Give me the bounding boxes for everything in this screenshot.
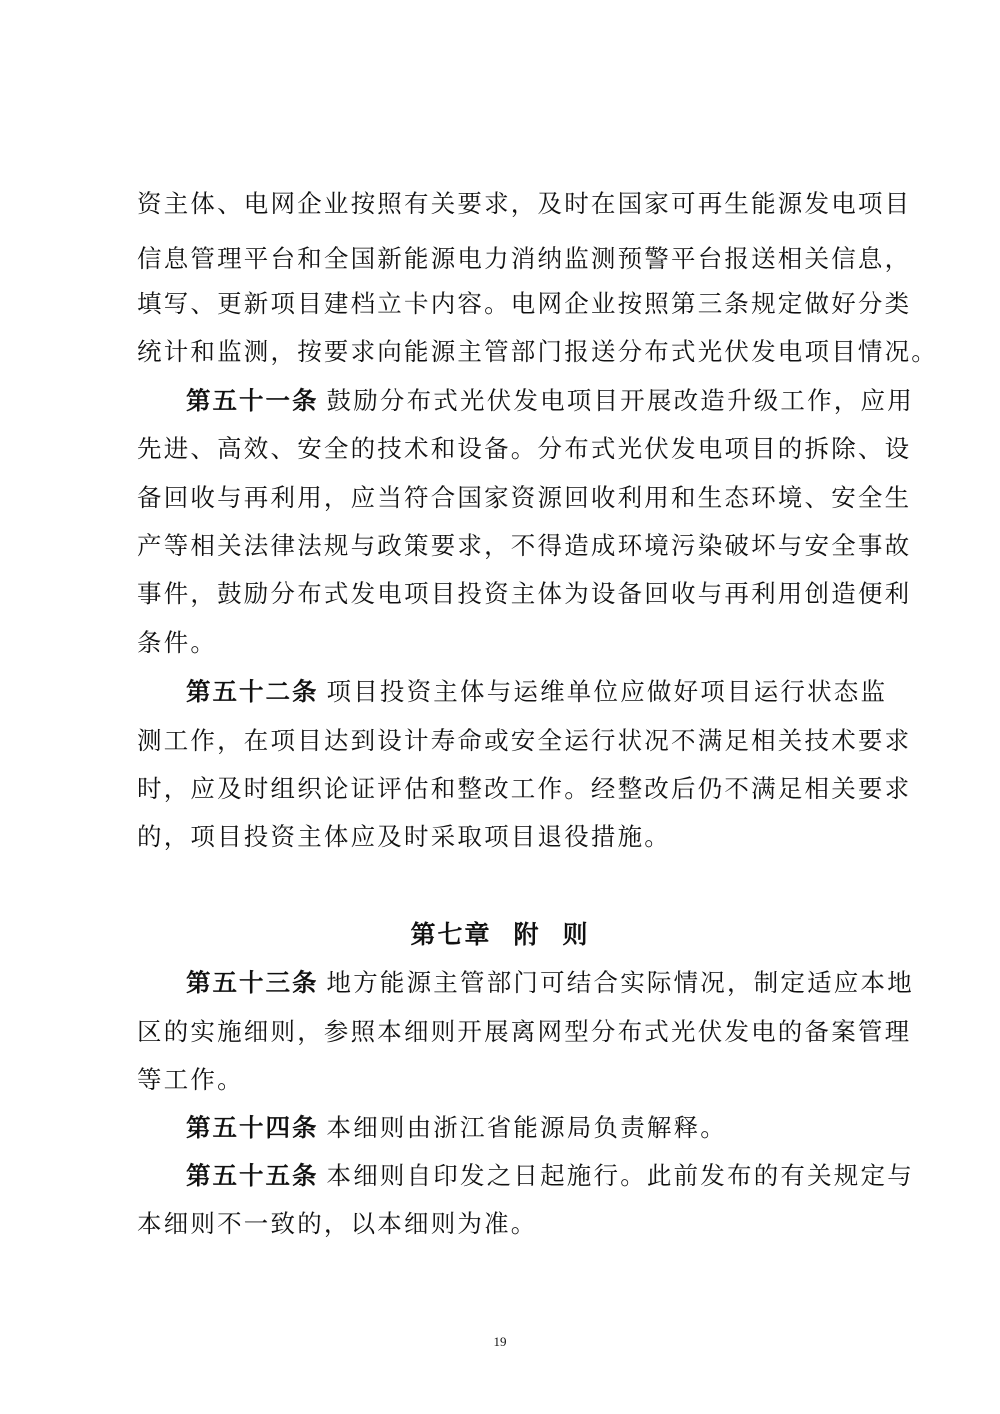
text-line: 本细则不一致的，以本细则为准。 [137,1209,877,1239]
chapter-number: 第七章 [410,920,491,949]
chapter-title-char: 则 [563,920,590,949]
page-number: 19 [0,1334,1000,1350]
text-line: 的，项目投资主体应及时采取项目退役措施。 [137,822,877,852]
text-line: 条件。 [137,628,877,658]
article-51-first-line: 第五十一条鼓励分布式光伏发电项目开展改造升级工作，应用 [186,386,877,416]
article-54-line: 第五十四条本细则由浙江省能源局负责解释。 [186,1113,877,1143]
text-line: 区的实施细则，参照本细则开展离网型分布式光伏发电的备案管理 [137,1017,877,1047]
text-line: 先进、高效、安全的技术和设备。分布式光伏发电项目的拆除、设 [137,434,877,464]
text-line: 统计和监测，按要求向能源主管部门报送分布式光伏发电项目情况。 [137,337,877,367]
text-line: 事件，鼓励分布式发电项目投资主体为设备回收与再利用创造便利 [137,579,877,609]
text-line: 本细则由浙江省能源局负责解释。 [327,1113,728,1142]
article-55-heading: 第五十五条 [186,1161,319,1190]
text-line: 项目投资主体与运维单位应做好项目运行状态监 [327,677,888,706]
text-line: 备回收与再利用，应当符合国家资源回收利用和生态环境、安全生 [137,483,877,513]
text-line: 本细则自印发之日起施行。此前发布的有关规定与 [327,1161,914,1190]
text-line: 产等相关法律法规与政策要求，不得造成环境污染破坏与安全事故 [137,531,877,561]
text-line: 时，应及时组织论证评估和整改工作。经整改后仍不满足相关要求 [137,774,877,804]
text-line: 鼓励分布式光伏发电项目开展改造升级工作，应用 [327,386,914,415]
chapter-title-char: 附 [513,920,540,949]
article-53-heading: 第五十三条 [186,968,319,997]
text-line: 填写、更新项目建档立卡内容。电网企业按照第三条规定做好分类 [137,289,877,319]
article-55-first-line: 第五十五条本细则自印发之日起施行。此前发布的有关规定与 [186,1161,877,1191]
chapter-heading: 第七章附则 [0,920,1000,950]
document-page: 资主体、电网企业按照有关要求，及时在国家可再生能源发电项目 信息管理平台和全国新… [0,0,1000,1414]
article-53-first-line: 第五十三条地方能源主管部门可结合实际情况，制定适应本地 [186,968,877,998]
text-line: 资主体、电网企业按照有关要求，及时在国家可再生能源发电项目 [137,189,877,219]
article-54-heading: 第五十四条 [186,1113,319,1142]
article-52-first-line: 第五十二条项目投资主体与运维单位应做好项目运行状态监 [186,677,877,707]
text-line: 信息管理平台和全国新能源电力消纳监测预警平台报送相关信息， [137,244,877,274]
text-line: 地方能源主管部门可结合实际情况，制定适应本地 [327,968,914,997]
text-line: 测工作，在项目达到设计寿命或安全运行状况不满足相关技术要求 [137,726,877,756]
article-52-heading: 第五十二条 [186,677,319,706]
text-line: 等工作。 [137,1065,877,1095]
article-51-heading: 第五十一条 [186,386,319,415]
